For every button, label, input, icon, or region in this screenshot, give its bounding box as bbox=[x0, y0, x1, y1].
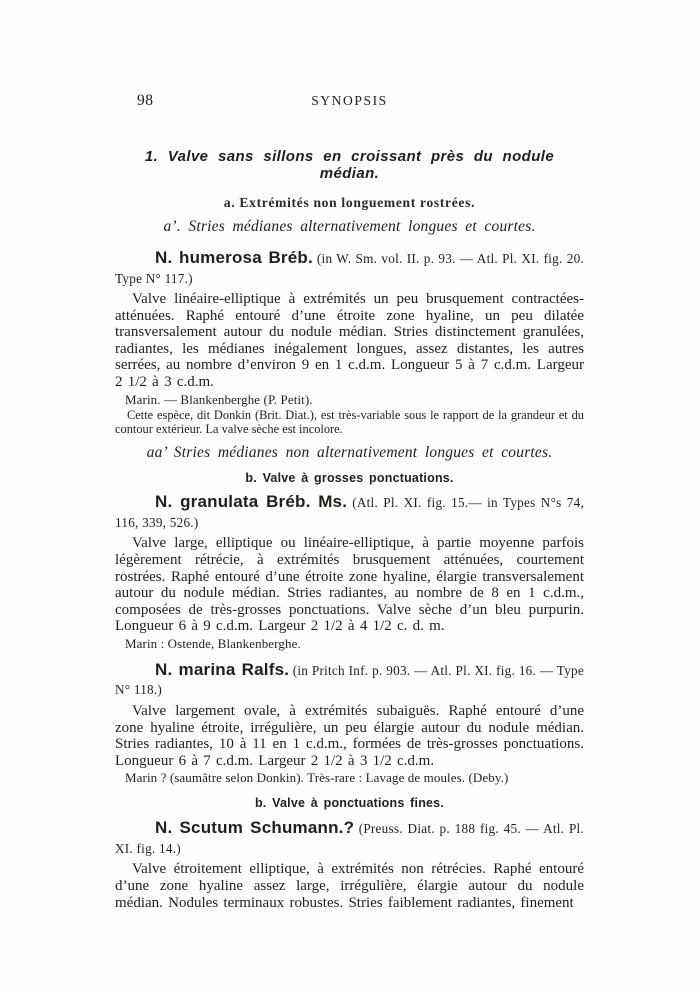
species-header: N. humerosa Bréb. (in W. Sm. vol. II. p.… bbox=[115, 248, 584, 288]
subsection-heading-aa-prime: aa’ Stries médianes non alternativement … bbox=[115, 444, 584, 462]
subsection-heading-b-fines: b. Valve à ponctuations fines. bbox=[115, 796, 584, 810]
species-description: Valve largement ovale, à extrémités suba… bbox=[115, 703, 584, 769]
species-note: Cette espèce, dit Donkin (Brit. Diat.), … bbox=[115, 408, 584, 437]
species-entry-scutum: N. Scutum Schumann.? (Preuss. Diat. p. 1… bbox=[115, 818, 584, 911]
species-header: N. marina Ralfs. (in Pritch Inf. p. 903.… bbox=[115, 660, 584, 700]
habitat-line: Marin ? (saumâtre selon Donkin). Très-ra… bbox=[115, 770, 584, 785]
habitat-line: Marin : Ostende, Blankenberghe. bbox=[115, 636, 584, 651]
text-block: 98 SYNOPSIS 1. Valve sans sillons en cro… bbox=[115, 92, 584, 911]
subsection-heading-b-grosses: b. Valve à grosses ponctuations. bbox=[115, 471, 584, 485]
species-name: N. granulata Bréb. Ms. bbox=[155, 492, 347, 511]
subsection-heading-a: a. Extrémités non longuement rostrées. bbox=[115, 195, 584, 211]
running-title: SYNOPSIS bbox=[115, 93, 584, 109]
habitat-line: Marin. — Blankenberghe (P. Petit). bbox=[115, 392, 584, 407]
subsection-heading-a-prime: a’. Stries médianes alternativement long… bbox=[115, 218, 584, 236]
species-name: N. humerosa Bréb. bbox=[155, 248, 313, 267]
species-entry-granulata: N. granulata Bréb. Ms. (Atl. Pl. XI. fig… bbox=[115, 492, 584, 651]
species-entry-humerosa: N. humerosa Bréb. (in W. Sm. vol. II. p.… bbox=[115, 248, 584, 436]
species-header: N. Scutum Schumann.? (Preuss. Diat. p. 1… bbox=[115, 818, 584, 858]
species-name: N. Scutum Schumann.? bbox=[155, 818, 354, 837]
species-description: Valve large, elliptique ou linéaire-elli… bbox=[115, 535, 584, 635]
species-header: N. granulata Bréb. Ms. (Atl. Pl. XI. fig… bbox=[115, 492, 584, 532]
species-description: Valve étroitement elliptique, à extrémit… bbox=[115, 861, 584, 911]
species-description: Valve linéaire-elliptique à extrémités u… bbox=[115, 291, 584, 391]
book-page: 98 SYNOPSIS 1. Valve sans sillons en cro… bbox=[0, 0, 700, 992]
section-heading-main: 1. Valve sans sillons en croissant près … bbox=[115, 148, 584, 182]
species-entry-marina: N. marina Ralfs. (in Pritch Inf. p. 903.… bbox=[115, 660, 584, 785]
page-header: 98 SYNOPSIS bbox=[115, 92, 584, 112]
species-name: N. marina Ralfs. bbox=[155, 660, 289, 679]
